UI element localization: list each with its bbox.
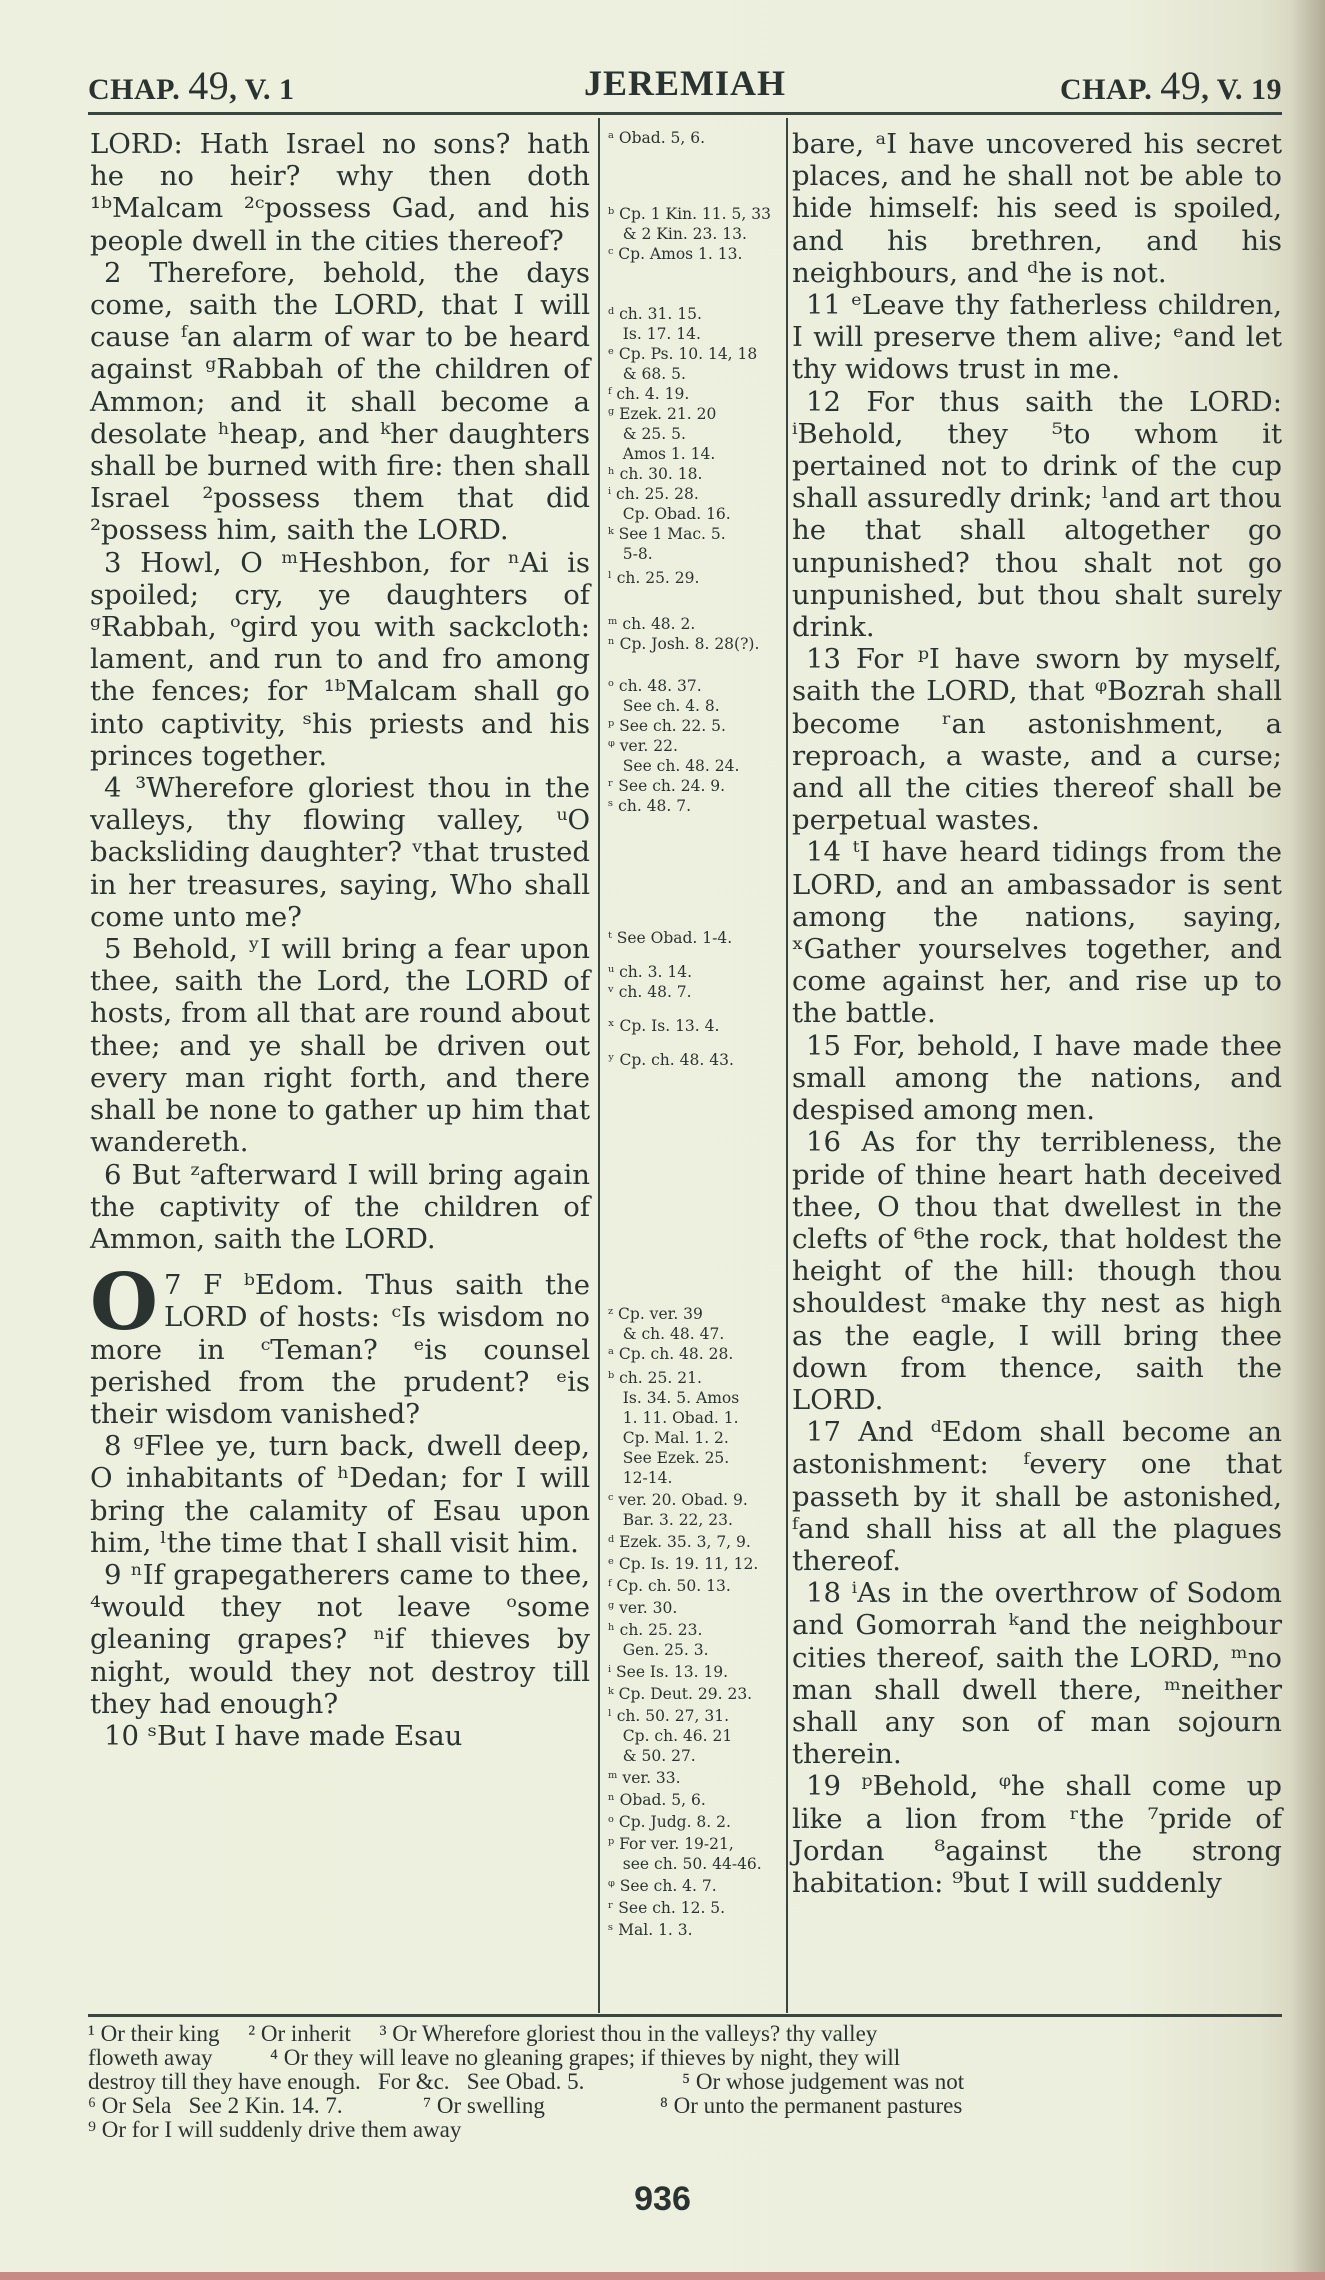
cross-reference: ⁱ See Is. 13. 19. bbox=[608, 1662, 728, 1682]
cross-reference: & 2 Kin. 23. 13. bbox=[608, 224, 747, 244]
page-curl-shadow bbox=[1291, 0, 1325, 2280]
verse-text: 13 For ᵖI have sworn by myself, saith th… bbox=[792, 643, 1282, 836]
verse-text: 5 Behold, ʸI will bring a fear upon thee… bbox=[90, 933, 590, 1158]
cross-reference: Is. 17. 14. bbox=[608, 324, 701, 344]
cross-reference: ˡ ch. 50. 27, 31. bbox=[608, 1706, 729, 1726]
cross-reference: ʳ See ch. 24. 9. bbox=[608, 776, 725, 796]
footnote-line: ⁹ Or for I will suddenly drive them away bbox=[88, 2118, 1282, 2142]
drop-cap: O bbox=[90, 1273, 158, 1333]
cross-reference: see ch. 50. 44-46. bbox=[608, 1854, 762, 1874]
cross-reference: Cp. ch. 46. 21 bbox=[608, 1726, 732, 1746]
cross-reference: See ch. 4. 8. bbox=[608, 696, 720, 716]
column-divider-left bbox=[598, 118, 600, 2013]
cross-reference: See ch. 48. 24. bbox=[608, 756, 739, 776]
right-text-column: bare, ᵃI have uncovered his secret place… bbox=[792, 128, 1282, 1899]
running-header: CHAP. 49, V. 1 JEREMIAH CHAP. 49, V. 19 bbox=[88, 58, 1282, 108]
verse-text: 18 ⁱAs in the overthrow of Sodom and Gom… bbox=[792, 1577, 1282, 1770]
cross-reference: ˡ ch. 25. 29. bbox=[608, 568, 699, 588]
verse-text: 8 ᵍFlee ye, turn back, dwell deep, O inh… bbox=[90, 1430, 590, 1559]
header-right-reference: CHAP. 49, V. 19 bbox=[1060, 62, 1282, 109]
cross-reference: ᶠ Cp. ch. 50. 13. bbox=[608, 1576, 731, 1596]
section-heading-edom: 7 O F ᵇEdom. Thus saith the LORD of host… bbox=[90, 1269, 590, 1430]
cross-reference: & 68. 5. bbox=[608, 364, 686, 384]
verse-text: 2 Therefore, behold, the days come, sait… bbox=[90, 257, 590, 547]
cross-reference: ᵇ ch. 25. 21. bbox=[608, 1368, 702, 1388]
verse-text: 11 ᵉLeave thy fatherless children, I wil… bbox=[792, 289, 1282, 386]
cross-reference: ᵗ See Obad. 1-4. bbox=[608, 928, 732, 948]
cross-reference: ᵐ ver. 33. bbox=[608, 1768, 681, 1788]
cross-reference: Is. 34. 5. Amos bbox=[608, 1388, 739, 1408]
cross-reference: ᵖ For ver. 19-21, bbox=[608, 1834, 734, 1854]
bible-page: CHAP. 49, V. 1 JEREMIAH CHAP. 49, V. 19 … bbox=[0, 0, 1325, 2280]
cross-reference: ᵏ Cp. Deut. 29. 23. bbox=[608, 1684, 752, 1704]
cross-reference: ᵖ See ch. 22. 5. bbox=[608, 716, 726, 736]
cross-reference: ˢ ch. 48. 7. bbox=[608, 796, 691, 816]
footnote-line: destroy till they have enough. For &c. S… bbox=[88, 2070, 1282, 2094]
cross-reference: ᶠ ch. 4. 19. bbox=[608, 384, 689, 404]
cross-reference: ᶻ Cp. ver. 39 bbox=[608, 1304, 703, 1324]
cross-reference: ᵉ Cp. Is. 19. 11, 12. bbox=[608, 1554, 758, 1574]
verse-text: 6 But ᶻafterward I will bring again the … bbox=[90, 1159, 590, 1256]
verse-text: 17 And ᵈEdom shall become an astonishmen… bbox=[792, 1416, 1282, 1577]
cross-reference: ʳ See ch. 12. 5. bbox=[608, 1898, 725, 1918]
cross-reference: ᵈ ch. 31. 15. bbox=[608, 304, 702, 324]
footnotes: ¹ Or their king ² Or inherit ³ Or Wheref… bbox=[88, 2022, 1282, 2142]
left-text-column: LORD: Hath Israel no sons? hath he no he… bbox=[90, 128, 590, 1752]
cross-reference: ˣ Cp. Is. 13. 4. bbox=[608, 1016, 719, 1036]
cross-reference: ᵏ See 1 Mac. 5. bbox=[608, 524, 726, 544]
cross-reference: ᵍ ver. 30. bbox=[608, 1598, 677, 1618]
verse-text: 14 ᵗI have heard tidings from the LORD, … bbox=[792, 836, 1282, 1029]
verse-text: 3 Howl, O ᵐHeshbon, for ⁿAi is spoiled; … bbox=[90, 547, 590, 772]
cross-reference: & 25. 5. bbox=[608, 424, 686, 444]
cross-reference: ᶜ ver. 20. Obad. 9. bbox=[608, 1490, 748, 1510]
cross-reference: ⁱ ch. 25. 28. bbox=[608, 484, 699, 504]
cross-reference: ᶜ Cp. Amos 1. 13. bbox=[608, 244, 742, 264]
footnote-line: floweth away ⁴ Or they will leave no gle… bbox=[88, 2046, 1282, 2070]
cross-reference: Gen. 25. 3. bbox=[608, 1640, 709, 1660]
cross-reference: ʸ Cp. ch. 48. 43. bbox=[608, 1050, 734, 1070]
verse-text: 12 For thus saith the LORD: ⁱBehold, the… bbox=[792, 386, 1282, 644]
cross-reference: ᵃ Cp. ch. 48. 28. bbox=[608, 1344, 733, 1364]
cross-reference: ᵠ ver. 22. bbox=[608, 736, 678, 756]
cross-reference: ⁿ Obad. 5, 6. bbox=[608, 1790, 706, 1810]
column-divider-right bbox=[786, 118, 788, 2013]
cross-reference: See Ezek. 25. bbox=[608, 1448, 729, 1468]
cross-reference: ᵃ Obad. 5, 6. bbox=[608, 128, 705, 148]
cross-reference: ᵍ Ezek. 21. 20 bbox=[608, 404, 716, 424]
cross-reference: ᵘ ch. 3. 14. bbox=[608, 962, 692, 982]
cross-reference: & ch. 48. 47. bbox=[608, 1324, 724, 1344]
page-number: 936 bbox=[0, 2180, 1325, 2219]
footnote-rule bbox=[88, 2014, 1282, 2017]
verse-text: 4 ³Wherefore gloriest thou in the valley… bbox=[90, 772, 590, 933]
cross-reference: 5-8. bbox=[608, 544, 653, 564]
cross-reference: ʰ ch. 30. 18. bbox=[608, 464, 702, 484]
cross-reference: 1. 11. Obad. 1. bbox=[608, 1408, 739, 1428]
cross-reference: ᵉ Cp. Ps. 10. 14, 18 bbox=[608, 344, 757, 364]
verse-text: LORD: Hath Israel no sons? hath he no he… bbox=[90, 128, 590, 257]
cross-reference: ˢ Mal. 1. 3. bbox=[608, 1920, 693, 1940]
cross-reference: 12-14. bbox=[608, 1468, 672, 1488]
cross-reference: Cp. Obad. 16. bbox=[608, 504, 731, 524]
cross-reference: ᵇ Cp. 1 Kin. 11. 5, 33 bbox=[608, 204, 771, 224]
footnote-line: ⁶ Or Sela See 2 Kin. 14. 7. ⁷ Or swellin… bbox=[88, 2094, 1282, 2118]
cross-reference: Cp. Mal. 1. 2. bbox=[608, 1428, 729, 1448]
verse-text: 16 As for thy terribleness, the pride of… bbox=[792, 1126, 1282, 1416]
cross-reference: ᵈ Ezek. 35. 3, 7, 9. bbox=[608, 1532, 751, 1552]
verse-text: 9 ⁿIf grapegatherers came to thee, ⁴woul… bbox=[90, 1559, 590, 1720]
cross-reference: ᵛ ch. 48. 7. bbox=[608, 982, 692, 1002]
verse-text: 15 For, behold, I have made thee small a… bbox=[792, 1030, 1282, 1127]
cross-reference: Bar. 3. 22, 23. bbox=[608, 1510, 733, 1530]
cross-reference: Amos 1. 14. bbox=[608, 444, 715, 464]
cross-reference: ⁿ Cp. Josh. 8. 28(?). bbox=[608, 634, 759, 654]
page-bottom-edge bbox=[0, 2272, 1325, 2280]
cross-reference: ᵒ Cp. Judg. 8. 2. bbox=[608, 1812, 731, 1832]
header-rule bbox=[88, 112, 1282, 115]
verse-text: 10 ˢBut I have made Esau bbox=[90, 1720, 590, 1752]
footnote-line: ¹ Or their king ² Or inherit ³ Or Wheref… bbox=[88, 2022, 1282, 2046]
cross-reference: ᵠ See ch. 4. 7. bbox=[608, 1876, 717, 1896]
verse-text: 19 ᵖBehold, ᵠhe shall come up like a lio… bbox=[792, 1770, 1282, 1899]
cross-reference: & 50. 27. bbox=[608, 1746, 696, 1766]
verse-text: bare, ᵃI have uncovered his secret place… bbox=[792, 128, 1282, 289]
cross-reference: ʰ ch. 25. 23. bbox=[608, 1620, 702, 1640]
cross-reference: ᵒ ch. 48. 37. bbox=[608, 676, 702, 696]
cross-reference: ᵐ ch. 48. 2. bbox=[608, 614, 695, 634]
